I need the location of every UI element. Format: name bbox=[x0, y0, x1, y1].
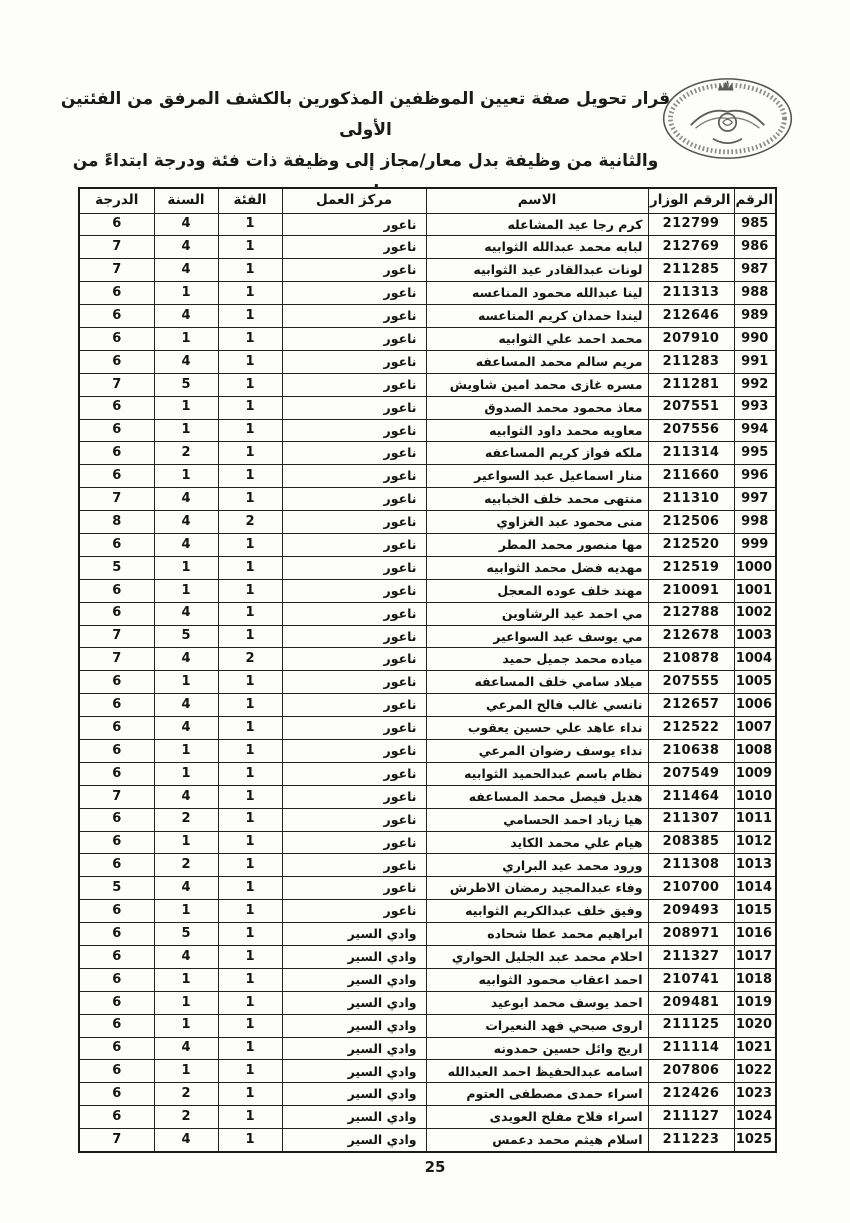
cell-name: ملكه فواز كريم المساعفه bbox=[426, 442, 648, 465]
cell-work-center: ناعور bbox=[282, 877, 426, 900]
cell-grade: 6 bbox=[79, 694, 154, 717]
cell-ministerial-number: 209493 bbox=[648, 900, 734, 923]
cell-serial: 1010 bbox=[734, 785, 776, 808]
cell-serial: 1006 bbox=[734, 694, 776, 717]
cell-ministerial-number: 207551 bbox=[648, 396, 734, 419]
cell-grade: 6 bbox=[79, 579, 154, 602]
cell-category: 1 bbox=[218, 282, 282, 305]
cell-serial: 1003 bbox=[734, 625, 776, 648]
cell-grade: 6 bbox=[79, 1014, 154, 1037]
cell-category: 1 bbox=[218, 946, 282, 969]
cell-year: 1 bbox=[154, 556, 218, 579]
cell-grade: 6 bbox=[79, 854, 154, 877]
col-header-serial: الرقم bbox=[734, 188, 776, 213]
cell-grade: 7 bbox=[79, 648, 154, 671]
cell-work-center: وادي السير bbox=[282, 1014, 426, 1037]
cell-category: 1 bbox=[218, 900, 282, 923]
cell-serial: 985 bbox=[734, 213, 776, 236]
cell-category: 1 bbox=[218, 923, 282, 946]
cell-serial: 994 bbox=[734, 419, 776, 442]
cell-work-center: ناعور bbox=[282, 785, 426, 808]
table-row: 996211660منار اسماعيل عبد السواعيرناعور1… bbox=[79, 465, 776, 488]
cell-grade: 6 bbox=[79, 442, 154, 465]
cell-category: 2 bbox=[218, 511, 282, 534]
cell-ministerial-number: 211313 bbox=[648, 282, 734, 305]
cell-work-center: وادي السير bbox=[282, 991, 426, 1014]
cell-year: 1 bbox=[154, 419, 218, 442]
cell-work-center: ناعور bbox=[282, 900, 426, 923]
cell-year: 1 bbox=[154, 900, 218, 923]
cell-year: 5 bbox=[154, 923, 218, 946]
cell-year: 1 bbox=[154, 968, 218, 991]
cell-name: اسراء حمدى مصطفى العتوم bbox=[426, 1083, 648, 1106]
cell-year: 1 bbox=[154, 831, 218, 854]
cell-name: اسلام هيثم محمد دعمس bbox=[426, 1129, 648, 1152]
cell-grade: 6 bbox=[79, 991, 154, 1014]
cell-year: 1 bbox=[154, 671, 218, 694]
table-row: 987211285لونات عبدالقادر عيد الثوابيهناع… bbox=[79, 259, 776, 282]
cell-category: 1 bbox=[218, 717, 282, 740]
cell-year: 1 bbox=[154, 327, 218, 350]
cell-category: 1 bbox=[218, 808, 282, 831]
cell-category: 1 bbox=[218, 671, 282, 694]
cell-grade: 6 bbox=[79, 396, 154, 419]
cell-work-center: ناعور bbox=[282, 533, 426, 556]
table-row: 1018210741احمد اعقاب محمود الثوابيهوادي … bbox=[79, 968, 776, 991]
cell-serial: 1018 bbox=[734, 968, 776, 991]
cell-category: 1 bbox=[218, 602, 282, 625]
table-row: 1000212519مهديه فضل محمد الثوابيهناعور11… bbox=[79, 556, 776, 579]
cell-ministerial-number: 211464 bbox=[648, 785, 734, 808]
cell-category: 1 bbox=[218, 1037, 282, 1060]
table-row: 1004210878مياده محمد جميل حميدناعور247 bbox=[79, 648, 776, 671]
cell-grade: 6 bbox=[79, 350, 154, 373]
cell-serial: 992 bbox=[734, 373, 776, 396]
cell-name: هيا زياد احمد الحسامي bbox=[426, 808, 648, 831]
cell-category: 1 bbox=[218, 327, 282, 350]
cell-year: 1 bbox=[154, 465, 218, 488]
cell-serial: 1016 bbox=[734, 923, 776, 946]
cell-ministerial-number: 211285 bbox=[648, 259, 734, 282]
cell-ministerial-number: 211660 bbox=[648, 465, 734, 488]
cell-year: 4 bbox=[154, 694, 218, 717]
cell-grade: 6 bbox=[79, 923, 154, 946]
cell-work-center: ناعور bbox=[282, 488, 426, 511]
cell-name: نظام باسم عبدالحميد الثوابيه bbox=[426, 762, 648, 785]
table-row: 995211314ملكه فواز كريم المساعفهناعور126 bbox=[79, 442, 776, 465]
cell-grade: 6 bbox=[79, 762, 154, 785]
table-row: 1009207549نظام باسم عبدالحميد الثوابيهنا… bbox=[79, 762, 776, 785]
cell-grade: 6 bbox=[79, 305, 154, 328]
document-page: قرار تحويل صفة تعيين الموظفين المذكورين … bbox=[0, 0, 850, 1223]
cell-serial: 1007 bbox=[734, 717, 776, 740]
cell-serial: 991 bbox=[734, 350, 776, 373]
cell-serial: 996 bbox=[734, 465, 776, 488]
cell-work-center: ناعور bbox=[282, 282, 426, 305]
cell-ministerial-number: 211308 bbox=[648, 854, 734, 877]
table-row: 1013211308ورود محمد عيد البراريناعور126 bbox=[79, 854, 776, 877]
cell-work-center: ناعور bbox=[282, 556, 426, 579]
cell-category: 1 bbox=[218, 785, 282, 808]
cell-name: منى محمود عبد الغزاوي bbox=[426, 511, 648, 534]
cell-work-center: ناعور bbox=[282, 625, 426, 648]
cell-year: 1 bbox=[154, 1060, 218, 1083]
cell-name: مسره غازى محمد امين شاويش bbox=[426, 373, 648, 396]
cell-work-center: وادي السير bbox=[282, 1037, 426, 1060]
cell-year: 4 bbox=[154, 213, 218, 236]
cell-serial: 1009 bbox=[734, 762, 776, 785]
cell-serial: 989 bbox=[734, 305, 776, 328]
cell-category: 1 bbox=[218, 465, 282, 488]
table-row: 1007212522نداء عاهد علي حسين يعقوبناعور1… bbox=[79, 717, 776, 740]
cell-ministerial-number: 211283 bbox=[648, 350, 734, 373]
cell-name: ابراهيم محمد عطا شحاده bbox=[426, 923, 648, 946]
cell-ministerial-number: 211310 bbox=[648, 488, 734, 511]
cell-serial: 1024 bbox=[734, 1106, 776, 1129]
cell-category: 1 bbox=[218, 1106, 282, 1129]
cell-name: محمد احمد علي الثوابيه bbox=[426, 327, 648, 350]
col-header-category: الفئة bbox=[218, 188, 282, 213]
cell-work-center: ناعور bbox=[282, 442, 426, 465]
cell-serial: 999 bbox=[734, 533, 776, 556]
cell-name: منار اسماعيل عبد السواعير bbox=[426, 465, 648, 488]
cell-year: 1 bbox=[154, 282, 218, 305]
cell-work-center: وادي السير bbox=[282, 1083, 426, 1106]
cell-name: ليندا حمدان كريم المناعسه bbox=[426, 305, 648, 328]
cell-grade: 6 bbox=[79, 808, 154, 831]
decree-title-line-1: قرار تحويل صفة تعيين الموظفين المذكورين … bbox=[58, 84, 673, 146]
cell-serial: 1002 bbox=[734, 602, 776, 625]
cell-ministerial-number: 207555 bbox=[648, 671, 734, 694]
header-row: الرقمالرقم الوزاريالاسممركز العملالفئةال… bbox=[79, 188, 776, 213]
cell-ministerial-number: 207549 bbox=[648, 762, 734, 785]
table-row: 1019209481احمد يوسف محمد ابوعيدوادي السي… bbox=[79, 991, 776, 1014]
cell-work-center: ناعور bbox=[282, 213, 426, 236]
col-header-name: الاسم bbox=[426, 188, 648, 213]
cell-year: 2 bbox=[154, 808, 218, 831]
cell-work-center: ناعور bbox=[282, 511, 426, 534]
cell-work-center: ناعور bbox=[282, 350, 426, 373]
table-row: 1014210700وفاء عبدالمجيد رمضان الاطرشناع… bbox=[79, 877, 776, 900]
cell-category: 1 bbox=[218, 739, 282, 762]
cell-grade: 6 bbox=[79, 831, 154, 854]
cell-name: اريج وائل حسين حمدونه bbox=[426, 1037, 648, 1060]
table-row: 992211281مسره غازى محمد امين شاويشناعور1… bbox=[79, 373, 776, 396]
table-row: 1015209493وفيق خلف عبدالكريم الثوابيهناع… bbox=[79, 900, 776, 923]
cell-name: مي يوسف عبد السواعير bbox=[426, 625, 648, 648]
cell-work-center: ناعور bbox=[282, 465, 426, 488]
table-row: 1010211464هديل فيصل محمد المساعفهناعور14… bbox=[79, 785, 776, 808]
cell-work-center: ناعور bbox=[282, 396, 426, 419]
cell-work-center: ناعور bbox=[282, 373, 426, 396]
cell-ministerial-number: 208385 bbox=[648, 831, 734, 854]
cell-name: هديل فيصل محمد المساعفه bbox=[426, 785, 648, 808]
cell-work-center: ناعور bbox=[282, 739, 426, 762]
cell-category: 1 bbox=[218, 991, 282, 1014]
table-row: 994207556معاويه محمد داود الثوابيهناعور1… bbox=[79, 419, 776, 442]
cell-category: 1 bbox=[218, 373, 282, 396]
cell-category: 1 bbox=[218, 1060, 282, 1083]
col-header-work-center: مركز العمل bbox=[282, 188, 426, 213]
cell-work-center: ناعور bbox=[282, 831, 426, 854]
cell-category: 1 bbox=[218, 625, 282, 648]
cell-serial: 987 bbox=[734, 259, 776, 282]
cell-ministerial-number: 210638 bbox=[648, 739, 734, 762]
table-row: 1020211125اروى صبحي فهد النعيراتوادي الس… bbox=[79, 1014, 776, 1037]
cell-year: 2 bbox=[154, 854, 218, 877]
cell-ministerial-number: 211307 bbox=[648, 808, 734, 831]
cell-category: 1 bbox=[218, 259, 282, 282]
cell-name: احمد اعقاب محمود الثوابيه bbox=[426, 968, 648, 991]
cell-grade: 5 bbox=[79, 877, 154, 900]
cell-work-center: ناعور bbox=[282, 762, 426, 785]
cell-name: كرم رجا عيد المشاعله bbox=[426, 213, 648, 236]
cell-year: 4 bbox=[154, 350, 218, 373]
cell-category: 1 bbox=[218, 968, 282, 991]
cell-work-center: وادي السير bbox=[282, 968, 426, 991]
cell-grade: 6 bbox=[79, 1060, 154, 1083]
table-row: 1024211127اسراء فلاح مفلح العويدىوادي ال… bbox=[79, 1106, 776, 1129]
cell-grade: 8 bbox=[79, 511, 154, 534]
cell-year: 1 bbox=[154, 1014, 218, 1037]
table-row: 988211313لينا عبدالله محمود المناعسهناعو… bbox=[79, 282, 776, 305]
table-row: 1011211307هيا زياد احمد الحساميناعور126 bbox=[79, 808, 776, 831]
cell-ministerial-number: 207806 bbox=[648, 1060, 734, 1083]
cell-name: مهند خلف عوده المعجل bbox=[426, 579, 648, 602]
cell-category: 1 bbox=[218, 350, 282, 373]
table-row: 993207551معاذ محمود محمد الصدوقناعور116 bbox=[79, 396, 776, 419]
table-row: 1017211327احلام محمد عبد الجليل الحواريو… bbox=[79, 946, 776, 969]
cell-work-center: وادي السير bbox=[282, 1106, 426, 1129]
cell-year: 5 bbox=[154, 373, 218, 396]
cell-year: 4 bbox=[154, 946, 218, 969]
cell-year: 4 bbox=[154, 1129, 218, 1152]
cell-name: احلام محمد عبد الجليل الحواري bbox=[426, 946, 648, 969]
cell-year: 1 bbox=[154, 739, 218, 762]
table-row: 989212646ليندا حمدان كريم المناعسهناعور1… bbox=[79, 305, 776, 328]
cell-grade: 6 bbox=[79, 717, 154, 740]
table-body: 985212799كرم رجا عيد المشاعلهناعور146986… bbox=[79, 213, 776, 1152]
cell-year: 4 bbox=[154, 533, 218, 556]
cell-year: 4 bbox=[154, 488, 218, 511]
cell-name: وفيق خلف عبدالكريم الثوابيه bbox=[426, 900, 648, 923]
cell-ministerial-number: 212657 bbox=[648, 694, 734, 717]
table-row: 1025211223اسلام هيثم محمد دعمسوادي السير… bbox=[79, 1129, 776, 1152]
cell-grade: 7 bbox=[79, 259, 154, 282]
cell-ministerial-number: 212522 bbox=[648, 717, 734, 740]
cell-grade: 6 bbox=[79, 671, 154, 694]
table-row: 999212520مها منصور محمد المطرناعور146 bbox=[79, 533, 776, 556]
table-row: 997211310منتهى محمد خلف الخبابيهناعور147 bbox=[79, 488, 776, 511]
cell-serial: 1022 bbox=[734, 1060, 776, 1083]
cell-serial: 1000 bbox=[734, 556, 776, 579]
cell-serial: 1019 bbox=[734, 991, 776, 1014]
cell-work-center: ناعور bbox=[282, 808, 426, 831]
cell-grade: 6 bbox=[79, 968, 154, 991]
cell-ministerial-number: 212646 bbox=[648, 305, 734, 328]
cell-category: 1 bbox=[218, 442, 282, 465]
cell-grade: 7 bbox=[79, 373, 154, 396]
cell-grade: 6 bbox=[79, 739, 154, 762]
cell-category: 1 bbox=[218, 762, 282, 785]
cell-category: 1 bbox=[218, 213, 282, 236]
cell-category: 1 bbox=[218, 1129, 282, 1152]
cell-category: 1 bbox=[218, 556, 282, 579]
cell-ministerial-number: 211327 bbox=[648, 946, 734, 969]
cell-name: نداء يوسف رضوان المرعي bbox=[426, 739, 648, 762]
cell-work-center: ناعور bbox=[282, 717, 426, 740]
cell-serial: 998 bbox=[734, 511, 776, 534]
cell-work-center: ناعور bbox=[282, 648, 426, 671]
cell-serial: 1021 bbox=[734, 1037, 776, 1060]
cell-serial: 1020 bbox=[734, 1014, 776, 1037]
table-row: 1002212788مي احمد عيد الرشاوينناعور146 bbox=[79, 602, 776, 625]
cell-ministerial-number: 211314 bbox=[648, 442, 734, 465]
cell-ministerial-number: 207910 bbox=[648, 327, 734, 350]
cell-year: 2 bbox=[154, 442, 218, 465]
cell-year: 4 bbox=[154, 259, 218, 282]
cell-work-center: ناعور bbox=[282, 694, 426, 717]
cell-name: احمد يوسف محمد ابوعيد bbox=[426, 991, 648, 1014]
cell-ministerial-number: 212426 bbox=[648, 1083, 734, 1106]
cell-year: 4 bbox=[154, 1037, 218, 1060]
cell-ministerial-number: 212506 bbox=[648, 511, 734, 534]
cell-name: لينا عبدالله محمود المناعسه bbox=[426, 282, 648, 305]
cell-grade: 7 bbox=[79, 625, 154, 648]
cell-serial: 1005 bbox=[734, 671, 776, 694]
cell-grade: 7 bbox=[79, 488, 154, 511]
cell-name: معاويه محمد داود الثوابيه bbox=[426, 419, 648, 442]
cell-serial: 995 bbox=[734, 442, 776, 465]
cell-year: 5 bbox=[154, 625, 218, 648]
cell-work-center: ناعور bbox=[282, 602, 426, 625]
cell-name: نداء عاهد علي حسين يعقوب bbox=[426, 717, 648, 740]
cell-name: لونات عبدالقادر عيد الثوابيه bbox=[426, 259, 648, 282]
cell-category: 1 bbox=[218, 1014, 282, 1037]
cell-ministerial-number: 210700 bbox=[648, 877, 734, 900]
cell-work-center: وادي السير bbox=[282, 1129, 426, 1152]
cell-category: 1 bbox=[218, 419, 282, 442]
cell-serial: 1011 bbox=[734, 808, 776, 831]
cell-ministerial-number: 212788 bbox=[648, 602, 734, 625]
cell-grade: 6 bbox=[79, 213, 154, 236]
cell-ministerial-number: 212519 bbox=[648, 556, 734, 579]
cell-work-center: وادي السير bbox=[282, 1060, 426, 1083]
cell-year: 4 bbox=[154, 305, 218, 328]
cell-year: 1 bbox=[154, 762, 218, 785]
cell-ministerial-number: 209481 bbox=[648, 991, 734, 1014]
jordan-ministry-oval-seal-icon bbox=[655, 66, 800, 170]
cell-grade: 6 bbox=[79, 946, 154, 969]
cell-ministerial-number: 211125 bbox=[648, 1014, 734, 1037]
cell-name: مهديه فضل محمد الثوابيه bbox=[426, 556, 648, 579]
cell-ministerial-number: 212769 bbox=[648, 236, 734, 259]
cell-ministerial-number: 211114 bbox=[648, 1037, 734, 1060]
table-row: 1001210091مهند خلف عوده المعجلناعور116 bbox=[79, 579, 776, 602]
cell-year: 1 bbox=[154, 991, 218, 1014]
cell-name: منتهى محمد خلف الخبابيه bbox=[426, 488, 648, 511]
table-row: 986212769لبابه محمد عبدالله الثوابيهناعو… bbox=[79, 236, 776, 259]
cell-serial: 1004 bbox=[734, 648, 776, 671]
cell-grade: 7 bbox=[79, 1129, 154, 1152]
cell-ministerial-number: 212799 bbox=[648, 213, 734, 236]
cell-year: 2 bbox=[154, 1106, 218, 1129]
cell-ministerial-number: 210091 bbox=[648, 579, 734, 602]
cell-name: معاذ محمود محمد الصدوق bbox=[426, 396, 648, 419]
cell-category: 1 bbox=[218, 854, 282, 877]
table-row: 1021211114اريج وائل حسين حمدونهوادي السي… bbox=[79, 1037, 776, 1060]
table-row: 1008210638نداء يوسف رضوان المرعيناعور116 bbox=[79, 739, 776, 762]
col-header-year: السنة bbox=[154, 188, 218, 213]
cell-ministerial-number: 210878 bbox=[648, 648, 734, 671]
cell-grade: 6 bbox=[79, 1037, 154, 1060]
cell-category: 2 bbox=[218, 648, 282, 671]
cell-ministerial-number: 211127 bbox=[648, 1106, 734, 1129]
cell-name: هيام علي محمد الكايد bbox=[426, 831, 648, 854]
cell-serial: 990 bbox=[734, 327, 776, 350]
cell-name: مها منصور محمد المطر bbox=[426, 533, 648, 556]
table-row: 990207910محمد احمد علي الثوابيهناعور116 bbox=[79, 327, 776, 350]
page-number: 25 bbox=[0, 1158, 850, 1176]
cell-serial: 1014 bbox=[734, 877, 776, 900]
cell-year: 1 bbox=[154, 396, 218, 419]
cell-year: 1 bbox=[154, 579, 218, 602]
cell-work-center: وادي السير bbox=[282, 923, 426, 946]
cell-grade: 7 bbox=[79, 236, 154, 259]
cell-work-center: ناعور bbox=[282, 419, 426, 442]
cell-name: مريم سالم محمد المساعفه bbox=[426, 350, 648, 373]
cell-name: نانسي غالب فالح المرعي bbox=[426, 694, 648, 717]
cell-category: 1 bbox=[218, 1083, 282, 1106]
cell-name: مي احمد عيد الرشاوين bbox=[426, 602, 648, 625]
cell-category: 1 bbox=[218, 236, 282, 259]
cell-serial: 1015 bbox=[734, 900, 776, 923]
cell-grade: 6 bbox=[79, 533, 154, 556]
table-row: 1023212426اسراء حمدى مصطفى العتوموادي ال… bbox=[79, 1083, 776, 1106]
cell-grade: 6 bbox=[79, 282, 154, 305]
col-header-ministerial-number: الرقم الوزاري bbox=[648, 188, 734, 213]
cell-year: 4 bbox=[154, 717, 218, 740]
cell-grade: 6 bbox=[79, 465, 154, 488]
table-row: 985212799كرم رجا عيد المشاعلهناعور146 bbox=[79, 213, 776, 236]
cell-name: مياده محمد جميل حميد bbox=[426, 648, 648, 671]
cell-grade: 6 bbox=[79, 1083, 154, 1106]
cell-year: 2 bbox=[154, 1083, 218, 1106]
table-row: 1012208385هيام علي محمد الكايدناعور116 bbox=[79, 831, 776, 854]
cell-category: 1 bbox=[218, 396, 282, 419]
cell-serial: 986 bbox=[734, 236, 776, 259]
cell-name: لبابه محمد عبدالله الثوابيه bbox=[426, 236, 648, 259]
cell-serial: 1008 bbox=[734, 739, 776, 762]
cell-work-center: ناعور bbox=[282, 305, 426, 328]
cell-ministerial-number: 211281 bbox=[648, 373, 734, 396]
cell-name: وفاء عبدالمجيد رمضان الاطرش bbox=[426, 877, 648, 900]
cell-grade: 6 bbox=[79, 602, 154, 625]
cell-year: 4 bbox=[154, 602, 218, 625]
cell-serial: 993 bbox=[734, 396, 776, 419]
cell-work-center: ناعور bbox=[282, 671, 426, 694]
cell-serial: 1013 bbox=[734, 854, 776, 877]
cell-year: 4 bbox=[154, 511, 218, 534]
cell-serial: 1001 bbox=[734, 579, 776, 602]
cell-grade: 5 bbox=[79, 556, 154, 579]
cell-grade: 6 bbox=[79, 419, 154, 442]
cell-serial: 1012 bbox=[734, 831, 776, 854]
cell-year: 4 bbox=[154, 648, 218, 671]
table-row: 1022207806اسامه عبدالحفيظ احمد العبدالله… bbox=[79, 1060, 776, 1083]
cell-grade: 6 bbox=[79, 1106, 154, 1129]
table-row: 1006212657نانسي غالب فالح المرعيناعور146 bbox=[79, 694, 776, 717]
